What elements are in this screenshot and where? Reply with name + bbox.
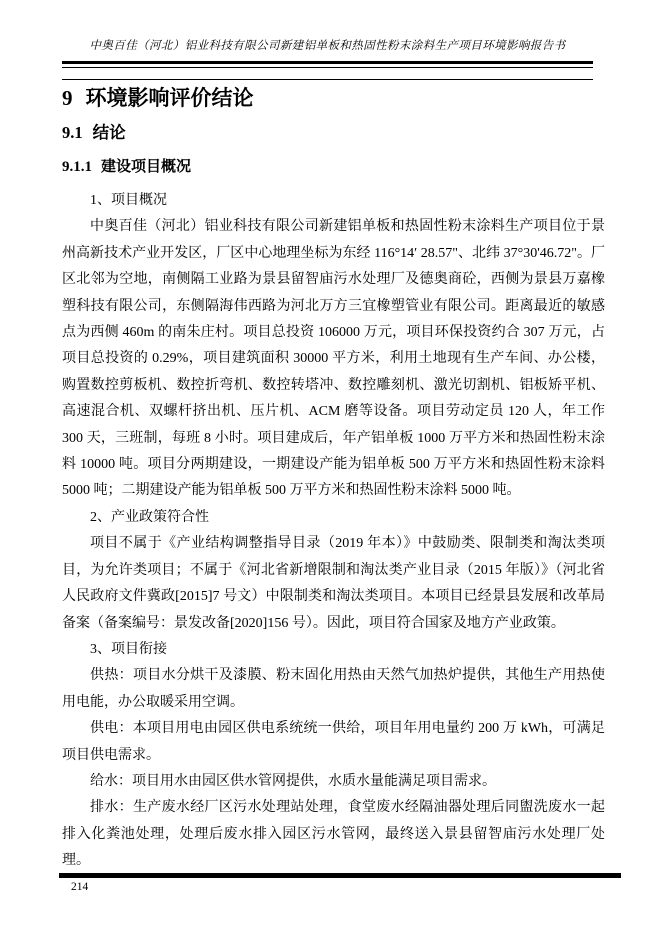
page-content: 9环境影响评价结论 9.1结论 9.1.1建设项目概况 1、项目概况 中奥百佳（…: [62, 85, 605, 875]
running-header-title: 中奥百佳（河北）铝业科技有限公司新建铝单板和热固性粉末涂料生产项目环境影响报告书: [62, 39, 593, 53]
section-heading: 9.1结论: [62, 123, 605, 142]
header-rule-lower: [62, 79, 593, 80]
subsection-number: 9.1.1: [62, 159, 92, 175]
paragraph-list-item: 3、项目衔接: [62, 637, 605, 663]
footer-rule: [59, 873, 621, 878]
subsection-title: 建设项目概况: [101, 159, 191, 175]
chapter-number: 9: [62, 86, 73, 110]
section-number: 9.1: [62, 123, 83, 142]
page-number: 214: [71, 880, 88, 894]
paragraph-list-item: 2、产业政策符合性: [62, 505, 605, 531]
paragraph-power-supply: 供电：本项目用电由园区供电系统统一供给，项目年用电量约 200 万 kWh，可满…: [62, 716, 605, 769]
paragraph-list-item: 1、项目概况: [62, 188, 605, 214]
chapter-title: 环境影响评价结论: [86, 86, 254, 110]
paragraph-water-supply: 给水：项目用水由园区供水管网提供，水质水量能满足项目需求。: [62, 769, 605, 795]
paragraph-industry-policy: 项目不属于《产业结构调整指导目录（2019 年本）》中鼓励类、限制类和淘汰类项目…: [62, 531, 605, 637]
paragraph-heat-supply: 供热：项目水分烘干及漆膜、粉末固化用热由天然气加热炉提供，其他生产用热使用电能，…: [62, 663, 605, 716]
section-title: 结论: [93, 123, 126, 142]
paragraph-drainage: 排水：生产废水经厂区污水处理站处理，食堂废水经隔油器处理后同盥洗废水一起排入化粪…: [62, 795, 605, 874]
paragraph-project-overview: 中奥百佳（河北）铝业科技有限公司新建铝单板和热固性粉末涂料生产项目位于景州高新技…: [62, 214, 605, 504]
document-page: 中奥百佳（河北）铝业科技有限公司新建铝单板和热固性粉末涂料生产项目环境影响报告书…: [0, 0, 664, 931]
chapter-heading: 9环境影响评价结论: [62, 87, 605, 110]
header-rule-thin: [62, 67, 593, 68]
header-rule-thick: [62, 61, 593, 64]
subsection-heading: 9.1.1建设项目概况: [62, 159, 605, 176]
